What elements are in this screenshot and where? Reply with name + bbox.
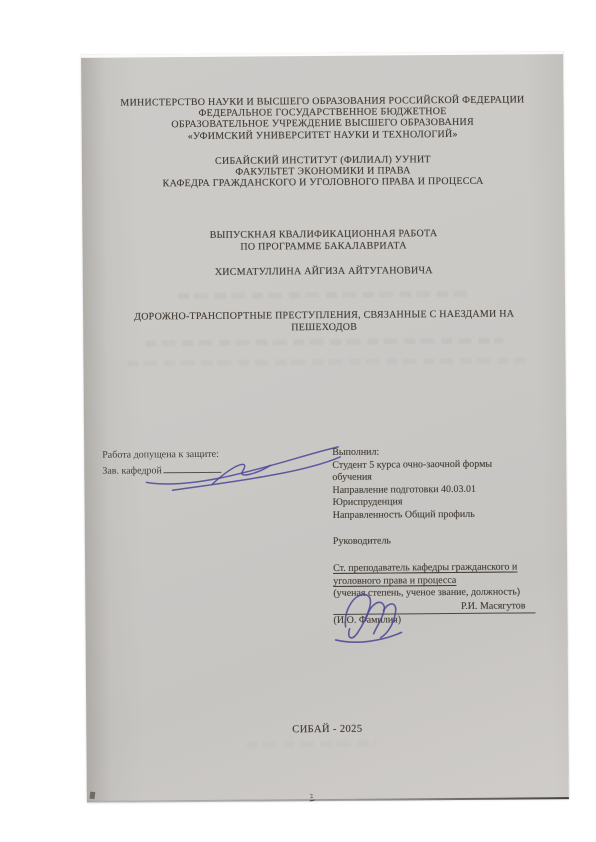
work-type-line: ПО ПРОГРАММЕ БАКАЛАВРИАТА bbox=[83, 239, 565, 254]
approval-block: Работа допущена к защите: Зав. кафедрой bbox=[102, 448, 221, 479]
city-year-footer: СИБАЙ - 2025 bbox=[86, 722, 568, 737]
thesis-title: ДОРОЖНО-ТРАНСПОРТНЫЕ ПРЕСТУПЛЕНИЯ, СВЯЗА… bbox=[83, 308, 565, 336]
ministry-header: МИНИСТЕРСТВО НАУКИ И ВЫСШЕГО ОБРАЗОВАНИЯ… bbox=[81, 94, 563, 143]
corner-smudge bbox=[89, 792, 95, 800]
performer-block: Выполнил: Студент 5 курса очно-заочной ф… bbox=[332, 445, 551, 627]
approval-line: Работа допущена к защите: bbox=[102, 448, 221, 463]
institute-header: СИБАЙСКИЙ ИНСТИТУТ (ФИЛИАЛ) УУНИТ ФАКУЛЬ… bbox=[82, 153, 564, 190]
page-top-edge bbox=[81, 51, 563, 58]
bleed-through-ghost-text bbox=[145, 338, 503, 347]
signature-blank-line bbox=[163, 462, 221, 473]
supervisor-label: Руководитель bbox=[333, 534, 551, 548]
work-type-heading: ВЫПУСКНАЯ КВАЛИФИКАЦИОННАЯ РАБОТА ПО ПРО… bbox=[82, 227, 564, 254]
ministry-line: «УФИМСКИЙ УНИВЕРСИТЕТ НАУКИ И ТЕХНОЛОГИЙ… bbox=[82, 128, 564, 143]
bleed-through-ghost-text bbox=[127, 357, 525, 366]
performer-line: Направленность Общий профиль bbox=[333, 508, 551, 522]
institute-line: КАФЕДРА ГРАЖДАНСКОГО И УГОЛОВНОГО ПРАВА … bbox=[82, 176, 564, 191]
page-bottom-edge bbox=[87, 797, 569, 803]
dept-head-signature-line: Зав. кафедрой bbox=[102, 462, 221, 479]
author-name: ХИСМАТУЛЛИНА АЙГИЗА АЙТУГАНОВИЧА bbox=[83, 264, 565, 279]
bleed-through-ghost-text bbox=[246, 741, 376, 748]
supervisor-name: Р.И. Масягутов bbox=[461, 600, 526, 612]
supervisor-name-note: (И.О. Фамилия) bbox=[333, 613, 551, 627]
document-page: МИНИСТЕРСТВО НАУКИ И ВЫСШЕГО ОБРАЗОВАНИЯ… bbox=[81, 51, 569, 802]
bleed-through-ghost-text bbox=[178, 291, 473, 299]
scan-viewport: МИНИСТЕРСТВО НАУКИ И ВЫСШЕГО ОБРАЗОВАНИЯ… bbox=[0, 0, 596, 842]
